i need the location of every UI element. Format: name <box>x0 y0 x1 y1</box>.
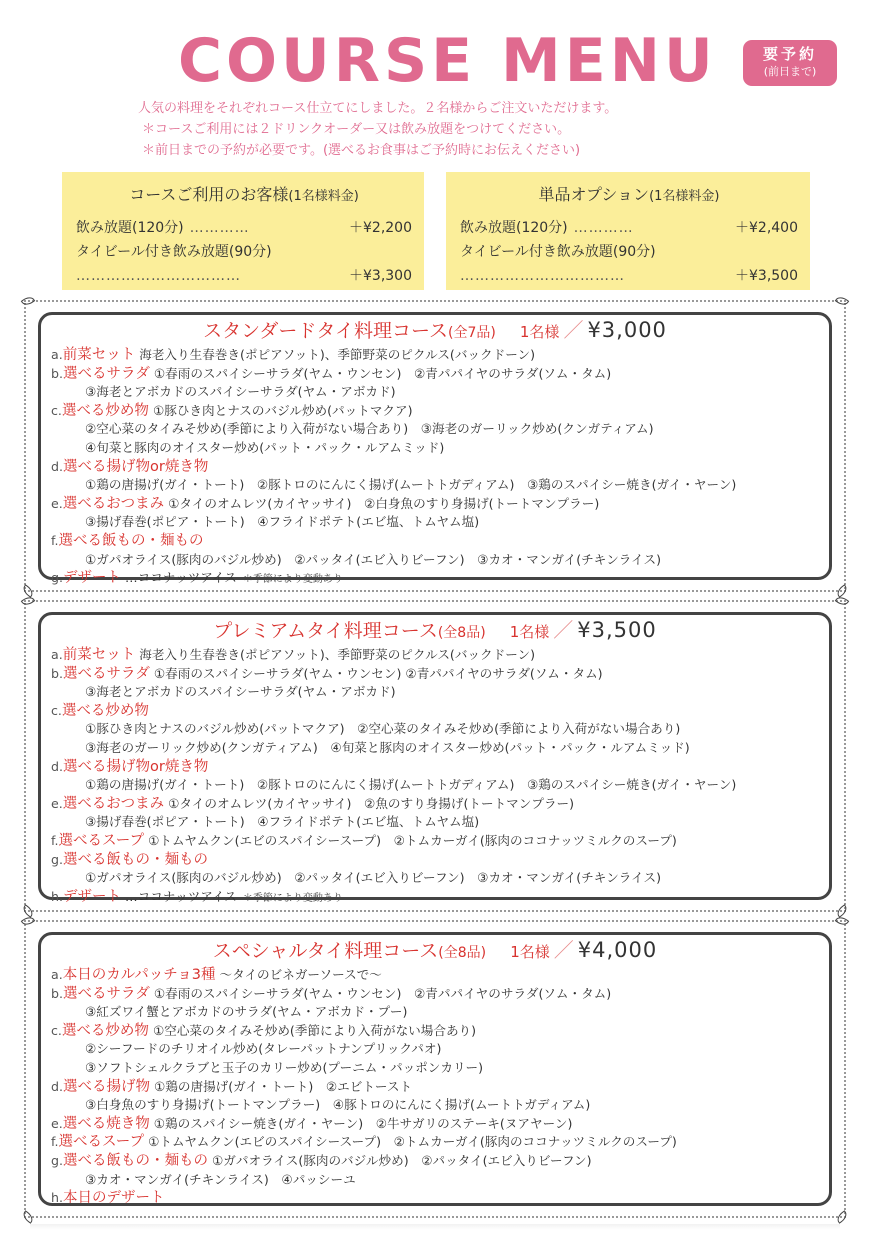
single-option-box: 単品オプション(1名様料金) 飲み放題(120分) ………… ＋¥2,400 タ… <box>446 172 810 290</box>
page-bottom-edge <box>30 1224 840 1230</box>
item-description: ①春雨のスパイシーサラダ(ヤム・ウンセン) ②青パパイヤのサラダ(ソム・タム) <box>154 986 611 1001</box>
option-price: ＋¥2,200 <box>349 216 412 240</box>
menu-choice-line: ③白身魚のすり身揚げ(トートマンプラー) ④豚トロのにんにく揚げ(ムートトガディ… <box>51 1096 829 1115</box>
course-item-count: (全8品) <box>438 625 486 641</box>
course-heading: スペシャルタイ料理コース(全8品) 1名様／¥4,000 <box>41 937 829 966</box>
item-description: ①豚ひき肉とナスのバジル炒め(パットマクア) <box>153 403 413 418</box>
slash-divider: ／ <box>554 938 574 962</box>
leaf-ornament-icon <box>835 594 849 607</box>
course-items: a.前菜セット海老入り生春巻き(ポピアソット)、季節野菜のピクルス(バックドーン… <box>41 346 829 590</box>
per-person-label: 1名様 <box>520 323 560 341</box>
item-description: ①春雨のスパイシーサラダ(ヤム・ウンセン) ②青パパイヤのサラダ(ソム・タム) <box>154 366 611 381</box>
slash-divider: ／ <box>563 318 583 342</box>
course-item-count: (全7品) <box>448 325 496 341</box>
leaf-ornament-icon <box>21 1210 35 1223</box>
item-category: 選べる炒め物 <box>62 1023 149 1039</box>
course-panel: プレミアムタイ料理コース(全8品) 1名様／¥3,500 a.前菜セット海老入り… <box>38 612 832 900</box>
item-category: 選べるサラダ <box>63 986 150 1002</box>
menu-item-line: d.選べる揚げ物①鶏の唐揚げ(ガイ・トート) ②エビトースト <box>51 1078 829 1097</box>
leaf-ornament-icon <box>835 1210 849 1223</box>
menu-choice-line: ①豚ひき肉とナスのバジル炒め(パットマクア) ②空心菜のタイみそ炒め(季節により… <box>51 720 829 739</box>
item-letter: g. <box>51 570 63 585</box>
menu-choice-line: ③紅ズワイ蟹とアボカドのサラダ(ヤム・アボカド・プー) <box>51 1003 829 1022</box>
item-letter: d. <box>51 1079 63 1094</box>
item-category: 選べる飯もの・麺もの <box>59 533 204 549</box>
course-special: スペシャルタイ料理コース(全8品) 1名様／¥4,000 a.本日のカルパッチョ… <box>24 920 846 1218</box>
menu-choice-line: ②空心菜のタイみそ炒め(季節により入荷がない場合あり) ③海老のガーリック炒め(… <box>51 420 829 439</box>
menu-item-line: a.前菜セット海老入り生春巻き(ポピアソット)、季節野菜のピクルス(バックドーン… <box>51 646 829 665</box>
menu-choice-line: ③ソフトシェルクラブと玉子のカリー炒め(プーニム・パッポンカリー) <box>51 1059 829 1078</box>
leaf-ornament-icon <box>835 914 849 927</box>
menu-item-line: d.選べる揚げ物or焼き物 <box>51 458 829 477</box>
item-category: 選べるスープ <box>59 1134 145 1150</box>
item-category: 選べる焼き物 <box>63 1116 150 1132</box>
item-letter: d. <box>51 759 63 774</box>
course-items: a.前菜セット海老入り生春巻き(ポピアソット)、季節野菜のピクルス(バックドーン… <box>41 646 829 908</box>
item-letter: f. <box>51 833 59 848</box>
menu-choice-line: ①鶏の唐揚げ(ガイ・トート) ②豚トロのにんにく揚げ(ムートトガディアム) ③鶏… <box>51 776 829 795</box>
badge-label: 要予約 <box>743 40 837 64</box>
item-letter: e. <box>51 496 63 511</box>
leaf-ornament-icon <box>21 584 35 597</box>
item-letter: e. <box>51 796 63 811</box>
menu-item-line: b.選べるサラダ①春雨のスパイシーサラダ(ヤム・ウンセン) ②青パパイヤのサラダ… <box>51 985 829 1004</box>
menu-choice-line: ①ガパオライス(豚肉のバジル炒め) ②パッタイ(エビ入りビーフン) ③カオ・マン… <box>51 551 829 570</box>
course-name: プレミアムタイ料理コース <box>213 620 438 642</box>
item-note: ＊季節により変動あり <box>243 574 343 585</box>
leader-dots: ………… <box>574 216 729 240</box>
item-letter: f. <box>51 533 59 548</box>
item-category: 選べるサラダ <box>63 366 150 382</box>
item-category: 本日のカルパッチョ3種 <box>63 967 216 983</box>
menu-choice-line: ②シーフードのチリオイル炒め(タレーパットナンプリックパオ) <box>51 1040 829 1059</box>
menu-item-line: h.デザート…ココナッツアイス＊季節により変動あり <box>51 888 829 909</box>
menu-item-line: g.デザート…ココナッツアイス＊季節により変動あり <box>51 569 829 590</box>
price-row: …………………………… ＋¥3,300 <box>76 264 412 288</box>
item-category: 選べるスープ <box>59 833 145 849</box>
course-panel: スペシャルタイ料理コース(全8品) 1名様／¥4,000 a.本日のカルパッチョ… <box>38 932 832 1206</box>
item-description: ①鶏のスパイシー焼き(ガイ・ヤーン) ②牛サガリのステーキ(ヌアヤーン) <box>154 1116 573 1131</box>
item-letter: b. <box>51 986 63 1001</box>
menu-choice-line: ③揚げ春巻(ポピア・トート) ④フライドポテト(エビ塩、トムヤム塩) <box>51 813 829 832</box>
item-category: 選べる揚げ物or焼き物 <box>63 459 208 475</box>
item-description: 海老入り生春巻き(ポピアソット)、季節野菜のピクルス(バックドーン) <box>139 347 535 362</box>
course-name: スペシャルタイ料理コース <box>213 940 439 962</box>
course-name: スタンダードタイ料理コース <box>203 320 448 342</box>
intro-line: ＊前日までの予約が必要です。(選べるお食事はご予約時にお伝えください) <box>138 140 758 161</box>
item-category: 選べる飯もの・麺もの <box>63 852 208 868</box>
course-panel: スタンダードタイ料理コース(全7品) 1名様／¥3,000 a.前菜セット海老入… <box>38 312 832 580</box>
menu-choice-line: ③海老とアボカドのスパイシーサラダ(ヤム・アボカド) <box>51 383 829 402</box>
item-category: デザート <box>63 570 121 586</box>
menu-item-line: e.選べるおつまみ①タイのオムレツ(カイヤッサイ) ②白身魚のすり身揚げ(トート… <box>51 495 829 514</box>
option-price: ＋¥3,300 <box>349 264 412 288</box>
menu-choice-line: ①鶏の唐揚げ(ガイ・トート) ②豚トロのにんにく揚げ(ムートトガディアム) ③鶏… <box>51 476 829 495</box>
item-description: ①タイのオムレツ(カイヤッサイ) ②白身魚のすり身揚げ(トートマンプラー) <box>168 496 599 511</box>
leaf-ornament-icon <box>21 294 35 307</box>
box-heading: 単品オプション(1名様料金) <box>460 182 798 210</box>
item-category: 選べるサラダ <box>63 666 150 682</box>
menu-item-line: c.選べる炒め物①豚ひき肉とナスのバジル炒め(パットマクア) <box>51 402 829 421</box>
course-drink-options-box: コースご利用のお客様(1名様料金) 飲み放題(120分) ………… ＋¥2,20… <box>62 172 424 290</box>
item-letter: a. <box>51 647 63 662</box>
leader-dots: ………… <box>190 216 343 240</box>
per-person-label: 1名様 <box>510 943 550 961</box>
item-description: 海老入り生春巻き(ポピアソット)、季節野菜のピクルス(バックドーン) <box>139 647 535 662</box>
item-category: デザート <box>63 889 121 905</box>
item-category: 前菜セット <box>63 647 136 663</box>
item-description: ①ガパオライス(豚肉のバジル炒め) ②パッタイ(エビ入りビーフン) <box>212 1153 592 1168</box>
leaf-ornament-icon <box>21 594 35 607</box>
price-row: 飲み放題(120分) ………… ＋¥2,400 <box>460 216 798 240</box>
menu-item-line: e.選べるおつまみ①タイのオムレツ(カイヤッサイ) ②魚のすり身揚げ(トートマン… <box>51 795 829 814</box>
menu-choice-line: ④旬菜と豚肉のオイスター炒め(パット・パック・ルアムミッド) <box>51 439 829 458</box>
item-category: 選べるおつまみ <box>63 796 164 812</box>
item-category: 選べる炒め物 <box>62 703 149 719</box>
item-description: ①トムヤムクン(エビのスパイシースープ) ②トムカーガイ(豚肉のココナッツミルク… <box>148 1134 677 1149</box>
item-category: 選べる炒め物 <box>62 403 149 419</box>
course-price: ¥3,000 <box>587 318 666 342</box>
leaf-ornament-icon <box>21 904 35 917</box>
menu-choice-line: ③海老とアボカドのスパイシーサラダ(ヤム・アボカド) <box>51 683 829 702</box>
course-price: ¥4,000 <box>578 938 657 962</box>
menu-item-line: f.選べるスープ①トムヤムクン(エビのスパイシースープ) ②トムカーガイ(豚肉の… <box>51 832 829 851</box>
menu-item-line: e.選べる焼き物①鶏のスパイシー焼き(ガイ・ヤーン) ②牛サガリのステーキ(ヌア… <box>51 1115 829 1134</box>
menu-item-line: g.選べる飯もの・麺もの <box>51 851 829 870</box>
option-label: 飲み放題(120分) <box>460 216 568 240</box>
course-heading: スタンダードタイ料理コース(全7品) 1名様／¥3,000 <box>41 317 829 346</box>
menu-item-line: f.選べる飯もの・麺もの <box>51 532 829 551</box>
option-price: ＋¥3,500 <box>735 264 798 288</box>
item-description: ①トムヤムクン(エビのスパイシースープ) ②トムカーガイ(豚肉のココナッツミルク… <box>148 833 677 848</box>
box-title: 単品オプション <box>539 185 650 204</box>
intro-line: 人気の料理をそれぞれコース仕立てにしました。２名様からご注文いただけます。 <box>138 98 758 119</box>
item-letter: f. <box>51 1134 59 1149</box>
item-category: 選べる揚げ物 <box>63 1079 150 1095</box>
leader-dots: …………………………… <box>460 264 729 288</box>
leaf-ornament-icon <box>835 584 849 597</box>
menu-item-line: c.選べる炒め物 <box>51 702 829 721</box>
item-category: 選べる飯もの・麺もの <box>63 1153 208 1169</box>
course-menu-page: COURSE MENU 要予約 (前日まで) 人気の料理をそれぞれコース仕立てに… <box>0 0 870 1253</box>
item-letter: e. <box>51 1116 63 1131</box>
item-description: ①春雨のスパイシーサラダ(ヤム・ウンセン) ②青パパイヤのサラダ(ソム・タム) <box>154 666 603 681</box>
item-description: …ココナッツアイス <box>125 570 237 585</box>
item-category: 前菜セット <box>63 347 136 363</box>
page-title: COURSE MENU <box>178 30 698 92</box>
reservation-required-badge: 要予約 (前日まで) <box>743 40 837 86</box>
menu-item-line: c.選べる炒め物①空心菜のタイみそ炒め(季節により入荷がない場合あり) <box>51 1022 829 1041</box>
option-label: タイビール付き飲み放題(90分) <box>76 240 272 264</box>
item-letter: a. <box>51 967 63 982</box>
leaf-ornament-icon <box>835 294 849 307</box>
menu-item-line: a.本日のカルパッチョ3種〜タイのビネガーソースで〜 <box>51 966 829 985</box>
price-row: …………………………… ＋¥3,500 <box>460 264 798 288</box>
box-heading: コースご利用のお客様(1名様料金) <box>76 182 412 210</box>
menu-item-line: g.選べる飯もの・麺もの①ガパオライス(豚肉のバジル炒め) ②パッタイ(エビ入り… <box>51 1152 829 1171</box>
item-letter: g. <box>51 1153 63 1168</box>
item-letter: g. <box>51 852 63 867</box>
menu-item-line: b.選べるサラダ①春雨のスパイシーサラダ(ヤム・ウンセン) ②青パパイヤのサラダ… <box>51 665 829 684</box>
menu-item-line: h.本日のデザート <box>51 1189 829 1208</box>
intro-notes: 人気の料理をそれぞれコース仕立てにしました。２名様からご注文いただけます。 ＊コ… <box>138 98 758 161</box>
leaf-ornament-icon <box>835 904 849 917</box>
course-item-count: (全8品) <box>438 945 486 961</box>
option-label: 飲み放題(120分) <box>76 216 184 240</box>
item-category: 選べるおつまみ <box>63 496 164 512</box>
option-price: ＋¥2,400 <box>735 216 798 240</box>
item-letter: h. <box>51 889 63 904</box>
item-letter: c. <box>51 403 62 418</box>
menu-item-line: a.前菜セット海老入り生春巻き(ポピアソット)、季節野菜のピクルス(バックドーン… <box>51 346 829 365</box>
menu-choice-line: ①ガパオライス(豚肉のバジル炒め) ②パッタイ(エビ入りビーフン) ③カオ・マン… <box>51 869 829 888</box>
course-price: ¥3,500 <box>577 618 656 642</box>
price-row: 飲み放題(120分) ………… ＋¥2,200 <box>76 216 412 240</box>
course-items: a.本日のカルパッチョ3種〜タイのビネガーソースで〜b.選べるサラダ①春雨のスパ… <box>41 966 829 1208</box>
item-category: 選べる揚げ物or焼き物 <box>63 759 208 775</box>
menu-choice-line: ③揚げ春巻(ポピア・トート) ④フライドポテト(エビ塩、トムヤム塩) <box>51 513 829 532</box>
item-letter: c. <box>51 703 62 718</box>
menu-choice-line: ③海老のガーリック炒め(クンガティアム) ④旬菜と豚肉のオイスター炒め(パット・… <box>51 739 829 758</box>
menu-item-line: f.選べるスープ①トムヤムクン(エビのスパイシースープ) ②トムカーガイ(豚肉の… <box>51 1133 829 1152</box>
item-note: ＊季節により変動あり <box>243 893 343 904</box>
leaf-ornament-icon <box>21 914 35 927</box>
price-row: タイビール付き飲み放題(90分) <box>460 240 798 264</box>
menu-item-line: d.選べる揚げ物or焼き物 <box>51 758 829 777</box>
slash-divider: ／ <box>553 618 573 642</box>
course-heading: プレミアムタイ料理コース(全8品) 1名様／¥3,500 <box>41 617 829 646</box>
item-letter: d. <box>51 459 63 474</box>
badge-sublabel: (前日まで) <box>743 64 837 80</box>
item-letter: b. <box>51 366 63 381</box>
menu-item-line: b.選べるサラダ①春雨のスパイシーサラダ(ヤム・ウンセン) ②青パパイヤのサラダ… <box>51 365 829 384</box>
price-row: タイビール付き飲み放題(90分) <box>76 240 412 264</box>
item-letter: c. <box>51 1023 62 1038</box>
item-description: …ココナッツアイス <box>125 889 237 904</box>
course-premium: プレミアムタイ料理コース(全8品) 1名様／¥3,500 a.前菜セット海老入り… <box>24 600 846 912</box>
box-title-note: (1名様料金) <box>649 189 719 204</box>
menu-choice-line: ③カオ・マンガイ(チキンライス) ④パッシーユ <box>51 1171 829 1190</box>
option-label: タイビール付き飲み放題(90分) <box>460 240 656 264</box>
item-letter: a. <box>51 347 63 362</box>
leader-dots: …………………………… <box>76 264 343 288</box>
item-letter: h. <box>51 1190 63 1205</box>
box-title: コースご利用のお客様 <box>129 185 288 204</box>
per-person-label: 1名様 <box>510 623 550 641</box>
item-description: 〜タイのビネガーソースで〜 <box>220 967 382 982</box>
item-description: ①鶏の唐揚げ(ガイ・トート) ②エビトースト <box>154 1079 412 1094</box>
course-standard: スタンダードタイ料理コース(全7品) 1名様／¥3,000 a.前菜セット海老入… <box>24 300 846 592</box>
item-description: ①空心菜のタイみそ炒め(季節により入荷がない場合あり) <box>153 1023 476 1038</box>
item-letter: b. <box>51 666 63 681</box>
intro-line: ＊コースご利用には２ドリンクオーダー又は飲み放題をつけてください。 <box>138 119 758 140</box>
item-description: ①タイのオムレツ(カイヤッサイ) ②魚のすり身揚げ(トートマンプラー) <box>168 796 574 811</box>
item-category: 本日のデザート <box>63 1190 165 1206</box>
box-title-note: (1名様料金) <box>288 189 358 204</box>
